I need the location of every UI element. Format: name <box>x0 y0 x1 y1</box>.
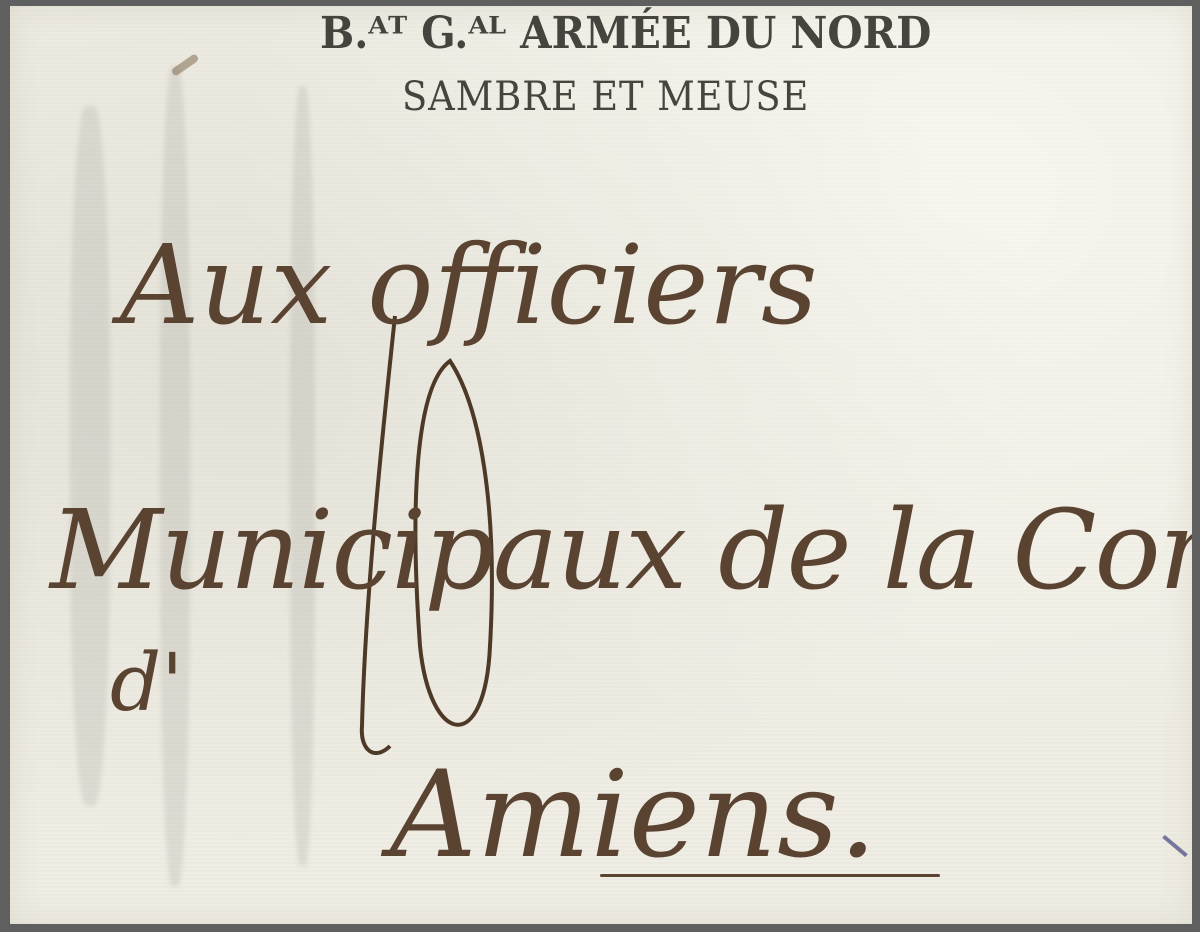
letter-paper: B.ᴬᵁ G.ᴬᴸ ARMÉE DU NORD SAMBRE ET MEUSE … <box>10 6 1192 924</box>
underline-flourish <box>600 874 940 877</box>
address-line-4: Amiens. <box>390 746 877 885</box>
address-line-3: d' <box>110 636 183 729</box>
address-line-1: Aux officiers <box>120 221 818 349</box>
address-line-2: Municipaux de la Commune <box>50 486 1192 614</box>
